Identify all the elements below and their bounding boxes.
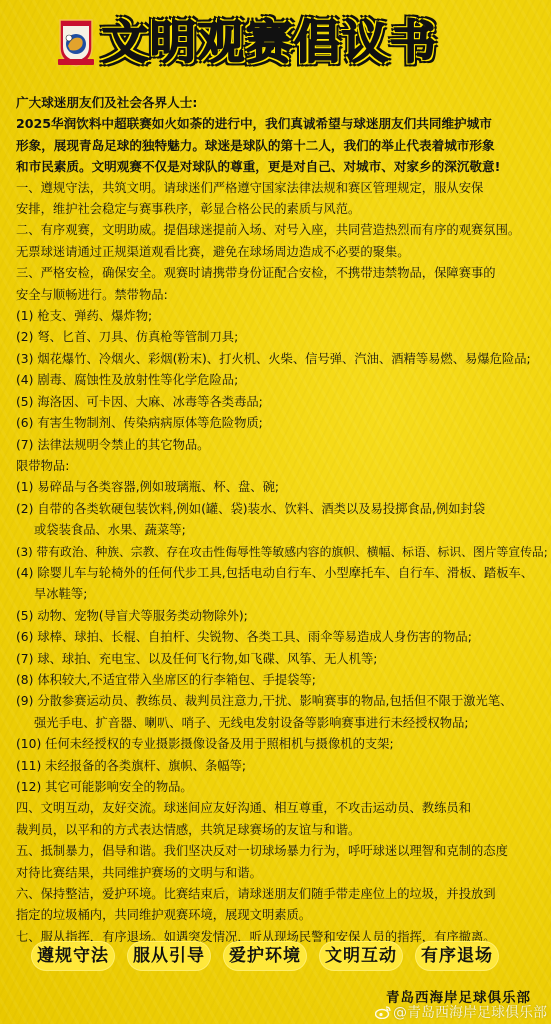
section-6-line: 指定的垃圾桶内，共同维护观赛环境，展现文明素质。 (16, 905, 541, 926)
restricted-item: (2) 自带的各类软硬包装饮料,例如(罐、袋)装水、饮料、酒类以及易投掷食品,例… (16, 499, 541, 520)
section-3-line: 安全与顺畅进行。禁带物品: (16, 285, 541, 306)
slogan-pill: 遵规守法 (31, 941, 115, 971)
restricted-item: (11) 未经报备的各类旗杆、旗帜、条幅等; (16, 756, 541, 777)
section-4-line: 裁判员，以平和的方式表达情感，共筑足球赛场的友谊与和谐。 (16, 820, 541, 841)
club-crest-icon (58, 16, 94, 68)
slogan-pill: 文明互动 (319, 941, 403, 971)
weibo-icon (375, 1005, 391, 1019)
proposal-document: 广大球迷朋友们及社会各界人士: 2025华润饮料中超联赛如火如荼的进行中，我们真… (16, 92, 541, 948)
section-6-line: 六、保持整洁，爱护环境。比赛结束后，请球迷朋友们随手带走座位上的垃圾，并投放到 (16, 884, 541, 905)
prohibited-item: (4) 剧毒、腐蚀性及放射性等化学危险品; (16, 370, 541, 391)
restricted-item: (7) 球、球拍、充电宝、以及任何飞行物,如飞碟、风筝、无人机等; (16, 649, 541, 670)
slogan-row: 遵规守法 服从引导 爱护环境 文明互动 有序退场 (31, 941, 499, 971)
restricted-item: (12) 其它可能影响安全的物品。 (16, 777, 541, 798)
slogan-pill: 爱护环境 (223, 941, 307, 971)
watermark-text: @青岛西海岸足球俱乐部 (393, 1002, 547, 1022)
restricted-item-continuation: 或袋装食品、水果、蔬菜等; (16, 520, 541, 541)
intro-line: 2025华润饮料中超联赛如火如荼的进行中，我们真诚希望与球迷朋友们共同维护城市 (16, 113, 541, 134)
section-1-line: 安排，维护社会稳定与赛事秩序，彰显合格公民的素质与风范。 (16, 199, 541, 220)
section-1-line: 一、遵规守法，共筑文明。请球迷们严格遵守国家法律法规和赛区管理规定，服从安保 (16, 178, 541, 199)
restricted-item-continuation: 旱冰鞋等; (16, 584, 541, 605)
section-4-line: 四、文明互动，友好交流。球迷间应友好沟通、相互尊重，不攻击运动员、教练员和 (16, 798, 541, 819)
section-5-line: 对待比赛结果，共同维护赛场的文明与和谐。 (16, 863, 541, 884)
restricted-item: (8) 体积较大,不适宜带入坐席区的行李箱包、手提袋等; (16, 670, 541, 691)
section-2-line: 二、有序观赛，文明助威。提倡球迷提前入场、对号入座，共同营造热烈而有序的观赛氛围… (16, 220, 541, 241)
slogan-pill: 有序退场 (415, 941, 499, 971)
section-3-line: 三、严格安检，确保安全。观赛时请携带身份证配合安检，不携带违禁物品，保障赛事的 (16, 263, 541, 284)
section-2-line: 无票球迷请通过正规渠道观看比赛，避免在球场周边造成不必要的聚集。 (16, 242, 541, 263)
prohibited-item: (3) 烟花爆竹、冷烟火、彩烟(粉末)、打火机、火柴、信号弹、汽油、酒精等易燃、… (16, 349, 541, 370)
prohibited-item: (1) 枪支、弹药、爆炸物; (16, 306, 541, 327)
restricted-item-continuation: 强光手电、扩音器、喇叭、哨子、无线电发射设备等影响赛事进行未经授权物品; (16, 713, 541, 734)
restricted-item: (3) 带有政治、种族、宗教、存在攻击性侮辱性等敏感内容的旗帜、横幅、标语、标识… (16, 542, 541, 563)
restricted-heading: 限带物品: (16, 456, 541, 477)
intro-line: 和市民素质。文明观赛不仅是对球队的尊重，更是对自己、对城市、对家乡的深沉敬意! (16, 156, 541, 177)
intro-line: 形象，展现青岛足球的独特魅力。球迷是球队的第十二人，我们的举止代表着城市形象 (16, 135, 541, 156)
prohibited-item: (7) 法律法规明令禁止的其它物品。 (16, 435, 541, 456)
restricted-item: (1) 易碎品与各类容器,例如玻璃瓶、杯、盘、碗; (16, 477, 541, 498)
restricted-item: (4) 除婴儿车与轮椅外的任何代步工具,包括电动自行车、小型摩托车、自行车、滑板… (16, 563, 541, 584)
prohibited-item: (5) 海洛因、可卡因、大麻、冰毒等各类毒品; (16, 392, 541, 413)
header: 文明观赛倡议书 (58, 12, 438, 72)
page-title: 文明观赛倡议书 (102, 12, 438, 72)
slogan-pill: 服从引导 (127, 941, 211, 971)
restricted-item: (6) 球棒、球拍、长棍、自拍杆、尖锐物、各类工具、雨伞等易造成人身伤害的物品; (16, 627, 541, 648)
prohibited-item: (2) 弩、匕首、刀具、仿真枪等管制刀具; (16, 327, 541, 348)
restricted-item: (9) 分散参赛运动员、教练员、裁判员注意力,干扰、影响赛事的物品,包括但不限于… (16, 691, 541, 712)
restricted-item: (5) 动物、宠物(导盲犬等服务类动物除外); (16, 606, 541, 627)
prohibited-item: (6) 有害生物制剂、传染病病原体等危险物质; (16, 413, 541, 434)
weibo-watermark: @青岛西海岸足球俱乐部 (375, 1002, 547, 1022)
salutation: 广大球迷朋友们及社会各界人士: (16, 92, 541, 113)
restricted-item: (10) 任何未经授权的专业摄影摄像设备及用于照相机与摄像机的支架; (16, 734, 541, 755)
section-5-line: 五、抵制暴力，倡导和谐。我们坚决反对一切球场暴力行为，呼吁球迷以理智和克制的态度 (16, 841, 541, 862)
